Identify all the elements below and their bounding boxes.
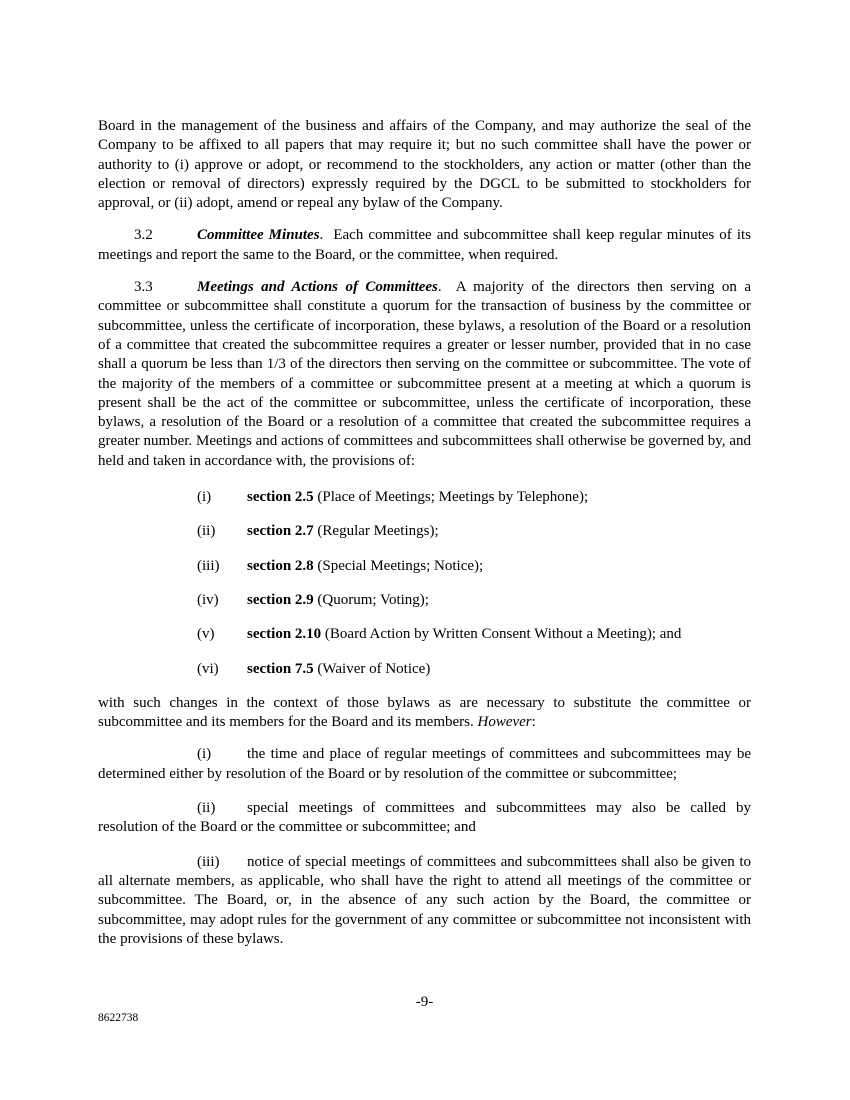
item-numeral: (iii) (197, 853, 247, 872)
document-body: Board in the management of the business … (98, 117, 751, 964)
section-3-2-paragraph: 3.2Committee Minutes. Each committee and… (98, 226, 751, 265)
changes-paragraph: with such changes in the context of thos… (98, 694, 751, 733)
bylaw-section-item: (ii)section 2.7 (Regular Meetings); (197, 522, 751, 541)
item-numeral: (i) (197, 488, 247, 507)
continuation-paragraph: Board in the management of the business … (98, 117, 751, 213)
however-item: (iii)notice of special meetings of commi… (98, 853, 751, 949)
bylaw-section-item: (v)section 2.10 (Board Action by Written… (197, 625, 751, 644)
document-number: 8622738 (98, 1011, 138, 1025)
bylaw-section-item: (i)section 2.5 (Place of Meetings; Meeti… (197, 488, 751, 507)
section-title: Meetings and Actions of Committees (197, 279, 438, 295)
section-description: (Quorum; Voting); (314, 592, 429, 608)
document-page: Board in the management of the business … (0, 0, 850, 1100)
section-reference: section 2.7 (247, 523, 314, 539)
changes-text-colon: : (532, 714, 536, 730)
item-text: notice of special meetings of committees… (98, 854, 751, 947)
bylaw-section-item: (iii)section 2.8 (Special Meetings; Noti… (197, 557, 751, 576)
item-numeral: (i) (197, 745, 247, 764)
item-numeral: (iv) (197, 591, 247, 610)
section-text: . A majority of the directors then servi… (98, 279, 751, 469)
section-reference: section 7.5 (247, 661, 314, 677)
changes-text: with such changes in the context of thos… (98, 695, 751, 730)
section-reference: section 2.8 (247, 558, 314, 574)
section-reference: section 2.10 (247, 626, 321, 642)
however-item: (i)the time and place of regular meeting… (98, 745, 751, 784)
section-description: (Waiver of Notice) (314, 661, 431, 677)
item-numeral: (ii) (197, 522, 247, 541)
page-number: -9- (98, 993, 751, 1012)
section-description: (Place of Meetings; Meetings by Telephon… (314, 489, 588, 505)
section-description: (Board Action by Written Consent Without… (321, 626, 681, 642)
item-text: special meetings of committees and subco… (98, 800, 751, 835)
however-emphasis: However (478, 714, 532, 730)
bylaw-section-item: (iv)section 2.9 (Quorum; Voting); (197, 591, 751, 610)
section-number: 3.2 (134, 226, 197, 245)
section-3-3-paragraph: 3.3Meetings and Actions of Committees. A… (98, 278, 751, 471)
section-number: 3.3 (134, 278, 197, 297)
item-numeral: (v) (197, 625, 247, 644)
section-reference: section 2.5 (247, 489, 314, 505)
section-reference: section 2.9 (247, 592, 314, 608)
item-text: the time and place of regular meetings o… (98, 746, 751, 781)
item-numeral: (iii) (197, 557, 247, 576)
item-numeral: (ii) (197, 799, 247, 818)
item-numeral: (vi) (197, 660, 247, 679)
however-item: (ii)special meetings of committees and s… (98, 799, 751, 838)
section-description: (Special Meetings; Notice); (314, 558, 484, 574)
however-list: (i)the time and place of regular meeting… (98, 745, 751, 949)
bylaw-section-list: (i)section 2.5 (Place of Meetings; Meeti… (98, 488, 751, 679)
bylaw-section-item: (vi)section 7.5 (Waiver of Notice) (197, 660, 751, 679)
section-title: Committee Minutes (197, 227, 320, 243)
section-description: (Regular Meetings); (314, 523, 439, 539)
